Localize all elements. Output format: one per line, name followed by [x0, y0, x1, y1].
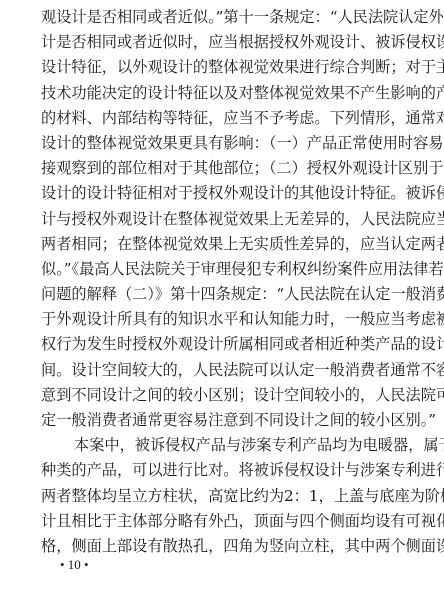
text-line: 间。设计空间较大的，人民法院可以认定一般消费者通常不容易注 — [41, 361, 409, 386]
text-line: 设计的设计特征相对于授权外观设计的其他设计特征。被诉侵权设 — [41, 184, 409, 209]
text-line: 计且相比于主体部分略有外凸，顶面与四个侧面均设有可视化网 — [41, 512, 409, 537]
text-line: 技术功能决定的设计特征以及对整体视觉效果不产生影响的产品 — [41, 84, 409, 109]
text-line: 计与授权外观设计在整体视觉效果上无差异的，人民法院应当认定 — [41, 210, 409, 235]
text-line-indented: 本案中，被诉侵权产品与涉案专利产品均为电暖器，属于相同 — [41, 436, 409, 461]
text-line: 似。”《最高人民法院关于审理侵犯专利权纠纷案件应用法律若干 — [41, 260, 409, 285]
text-line: 两者整体均呈立方柱状，高宽比约为2：1，上盖与底座为阶梯状设 — [41, 487, 409, 512]
text-line: 计是否相同或者近似时，应当根据授权外观设计、被诉侵权设计的 — [41, 33, 409, 58]
body-text: 观设计是否相同或者近似。”第十一条规定：“人民法院认定外观设 计是否相同或者近似… — [41, 8, 409, 562]
page-number: • 10 • — [60, 557, 89, 573]
text-line: 格，侧面上部设有散热孔，四角为竖向立柱，其中两个侧面设有控 — [41, 537, 409, 562]
text-line: 问题的解释（二）》第十四条规定：“人民法院在认定一般消费者对 — [41, 285, 409, 310]
text-line: 设计特征，以外观设计的整体视觉效果进行综合判断；对于主要由 — [41, 58, 409, 83]
text-line: 观设计是否相同或者近似。”第十一条规定：“人民法院认定外观设 — [41, 8, 409, 33]
text-line: 权行为发生时授权外观设计所属相同或者相近种类产品的设计空 — [41, 335, 409, 360]
text-line: 种类的产品，可以进行比对。将被诉侵权设计与涉案专利进行比对， — [41, 461, 409, 486]
text-line: 的材料、内部结构等特征，应当不予考虑。下列情形，通常对外观 — [41, 109, 409, 134]
text-line: 意到不同设计之间的较小区别；设计空间较小的，人民法院可以认 — [41, 386, 409, 411]
text-line: 设计的整体视觉效果更具有影响：（一）产品正常使用时容易被直 — [41, 134, 409, 159]
text-line: 于外观设计所具有的知识水平和认知能力时，一般应当考虑被诉侵 — [41, 310, 409, 335]
text-line: 接观察到的部位相对于其他部位；（二）授权外观设计区别于现有 — [41, 159, 409, 184]
text-line: 两者相同；在整体视觉效果上无实质性差异的，应当认定两者近 — [41, 235, 409, 260]
text-line: 定一般消费者通常更容易注意到不同设计之间的较小区别。” — [41, 411, 409, 436]
document-page: 观设计是否相同或者近似。”第十一条规定：“人民法院认定外观设 计是否相同或者近似… — [0, 0, 444, 614]
